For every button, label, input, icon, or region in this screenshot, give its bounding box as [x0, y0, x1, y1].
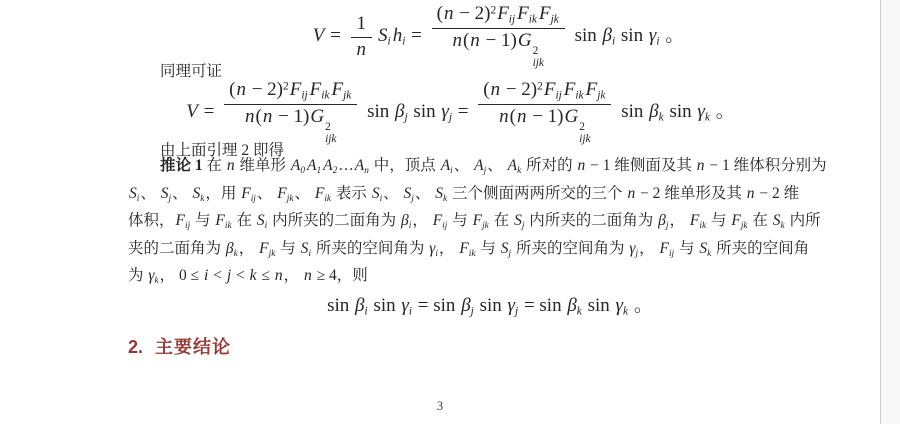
corollary-line-2: Si、 Sj、 Sk，用 Fij、 Fjk、 Fik 表示 Si、 Sj、 Sk…: [128, 180, 873, 208]
corollary-line-3: 体积，Fij 与 Fik 在 Si 内所夹的二面角为 βi， Fij 与 Fjk…: [128, 207, 873, 235]
page-number: 3: [0, 399, 880, 414]
corollary-line-4: 夹的二面角为 βk， Fjk 与 Si 所夹的空间角为 γi， Fik 与 Sj…: [128, 235, 873, 263]
section-heading: 2.主要结论: [128, 333, 231, 359]
display-formula-volume-chain: V = (n − 2)2FijFikFjkn(n − 1)G2ijk sin β…: [10, 79, 900, 146]
similarly-provable-text: 同理可证: [160, 59, 222, 81]
corollary-line-5: 为 γk， 0 ≤ i < j < k ≤ n， n ≥ 4，则: [128, 262, 873, 290]
section-number: 2.: [128, 337, 143, 357]
document-page: V = 1nSihi = (n − 2)2FijFikFjkn(n − 1)G2…: [0, 0, 900, 424]
corollary-line-1: 推论 1 在 n 维单形 A0A1A2…An 中，顶点 Ai、 Aj、 Ak 所…: [128, 152, 873, 180]
corollary-paragraph: 推论 1 在 n 维单形 A0A1A2…An 中，顶点 Ai、 Aj、 Ak 所…: [128, 152, 873, 290]
section-title: 主要结论: [155, 337, 231, 357]
display-formula-sin-chain: sin βi sin γi = sin βj sin γj = sin βk s…: [40, 290, 900, 318]
